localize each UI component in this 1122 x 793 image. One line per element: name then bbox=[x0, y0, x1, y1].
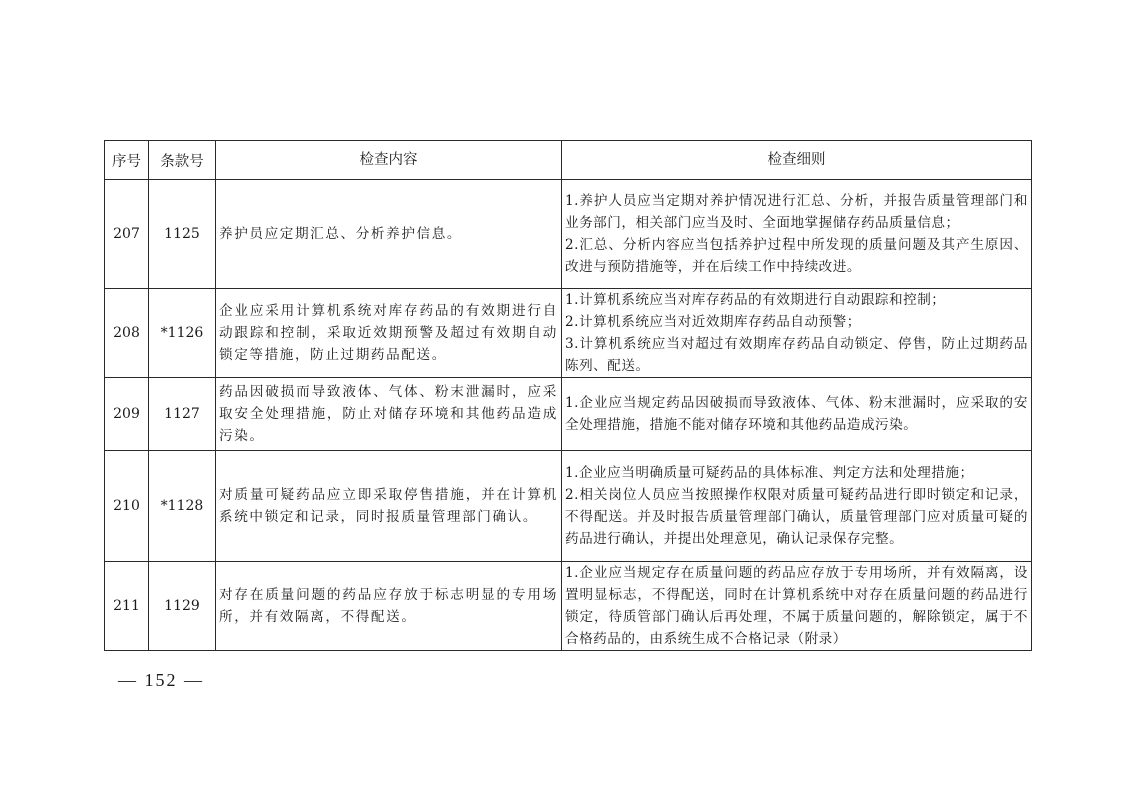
row-index: 211 bbox=[105, 562, 149, 651]
row-content: 企业应采用计算机系统对库存药品的有效期进行自动跟踪和控制，采取近效期预警及超过有… bbox=[216, 289, 562, 378]
row-content: 对存在质量问题的药品应存放于标志明显的专用场所，并有效隔离，不得配送。 bbox=[216, 562, 562, 651]
row-clause: *1126 bbox=[149, 289, 216, 378]
table-row: 211 1129 对存在质量问题的药品应存放于标志明显的专用场所，并有效隔离，不… bbox=[105, 562, 1032, 651]
row-content: 对质量可疑药品应立即采取停售措施，并在计算机系统中锁定和记录，同时报质量管理部门… bbox=[216, 451, 562, 562]
row-detail: 1.企业应当规定存在质量问题的药品应存放于专用场所，并有效隔离，设置明显标志，不… bbox=[562, 562, 1032, 651]
row-detail: 1.计算机系统应当对库存药品的有效期进行自动跟踪和控制； 2.计算机系统应当对近… bbox=[562, 289, 1032, 378]
table-row: 210 *1128 对质量可疑药品应立即采取停售措施，并在计算机系统中锁定和记录… bbox=[105, 451, 1032, 562]
detail-item: 2.汇总、分析内容应当包括养护过程中所发现的质量问题及其产生原因、改进与预防措施… bbox=[565, 234, 1028, 278]
detail-item: 1.企业应当规定药品因破损而导致液体、气体、粉末泄漏时，应采取的安全处理措施，措… bbox=[565, 392, 1028, 436]
header-clause: 条款号 bbox=[149, 141, 216, 180]
detail-item: 1.企业应当规定存在质量问题的药品应存放于专用场所，并有效隔离，设置明显标志，不… bbox=[565, 562, 1028, 650]
detail-item: 1.养护人员应当定期对养护情况进行汇总、分析，并报告质量管理部门和业务部门，相关… bbox=[565, 190, 1028, 234]
header-content: 检查内容 bbox=[216, 141, 562, 180]
row-clause: 1129 bbox=[149, 562, 216, 651]
row-detail: 1.企业应当规定药品因破损而导致液体、气体、粉末泄漏时，应采取的安全处理措施，措… bbox=[562, 378, 1032, 451]
detail-item: 3.计算机系统应当对超过有效期库存药品自动锁定、停售，防止过期药品陈列、配送。 bbox=[565, 333, 1028, 377]
detail-item: 1.计算机系统应当对库存药品的有效期进行自动跟踪和控制； bbox=[565, 289, 1028, 311]
header-detail: 检查细则 bbox=[562, 141, 1032, 180]
row-content: 养护员应定期汇总、分析养护信息。 bbox=[216, 180, 562, 289]
row-index: 208 bbox=[105, 289, 149, 378]
row-index: 209 bbox=[105, 378, 149, 451]
detail-item: 2.计算机系统应当对近效期库存药品自动预警； bbox=[565, 311, 1028, 333]
header-index: 序号 bbox=[105, 141, 149, 180]
inspection-table: 序号 条款号 检查内容 检查细则 207 1125 养护员应定期汇总、分析养护信… bbox=[104, 140, 1032, 651]
row-clause: 1127 bbox=[149, 378, 216, 451]
table-row: 209 1127 药品因破损而导致液体、气体、粉末泄漏时，应采取安全处理措施，防… bbox=[105, 378, 1032, 451]
detail-item: 1.企业应当明确质量可疑药品的具体标准、判定方法和处理措施； bbox=[565, 462, 1028, 484]
row-detail: 1.养护人员应当定期对养护情况进行汇总、分析，并报告质量管理部门和业务部门，相关… bbox=[562, 180, 1032, 289]
row-index: 207 bbox=[105, 180, 149, 289]
row-index: 210 bbox=[105, 451, 149, 562]
row-clause: *1128 bbox=[149, 451, 216, 562]
row-clause: 1125 bbox=[149, 180, 216, 289]
page-number: — 152 — bbox=[118, 670, 204, 691]
table-row: 208 *1126 企业应采用计算机系统对库存药品的有效期进行自动跟踪和控制，采… bbox=[105, 289, 1032, 378]
row-content: 药品因破损而导致液体、气体、粉末泄漏时，应采取安全处理措施，防止对储存环境和其他… bbox=[216, 378, 562, 451]
table-header-row: 序号 条款号 检查内容 检查细则 bbox=[105, 141, 1032, 180]
table-row: 207 1125 养护员应定期汇总、分析养护信息。 1.养护人员应当定期对养护情… bbox=[105, 180, 1032, 289]
detail-item: 2.相关岗位人员应当按照操作权限对质量可疑药品进行即时锁定和记录，不得配送。并及… bbox=[565, 484, 1028, 550]
row-detail: 1.企业应当明确质量可疑药品的具体标准、判定方法和处理措施； 2.相关岗位人员应… bbox=[562, 451, 1032, 562]
